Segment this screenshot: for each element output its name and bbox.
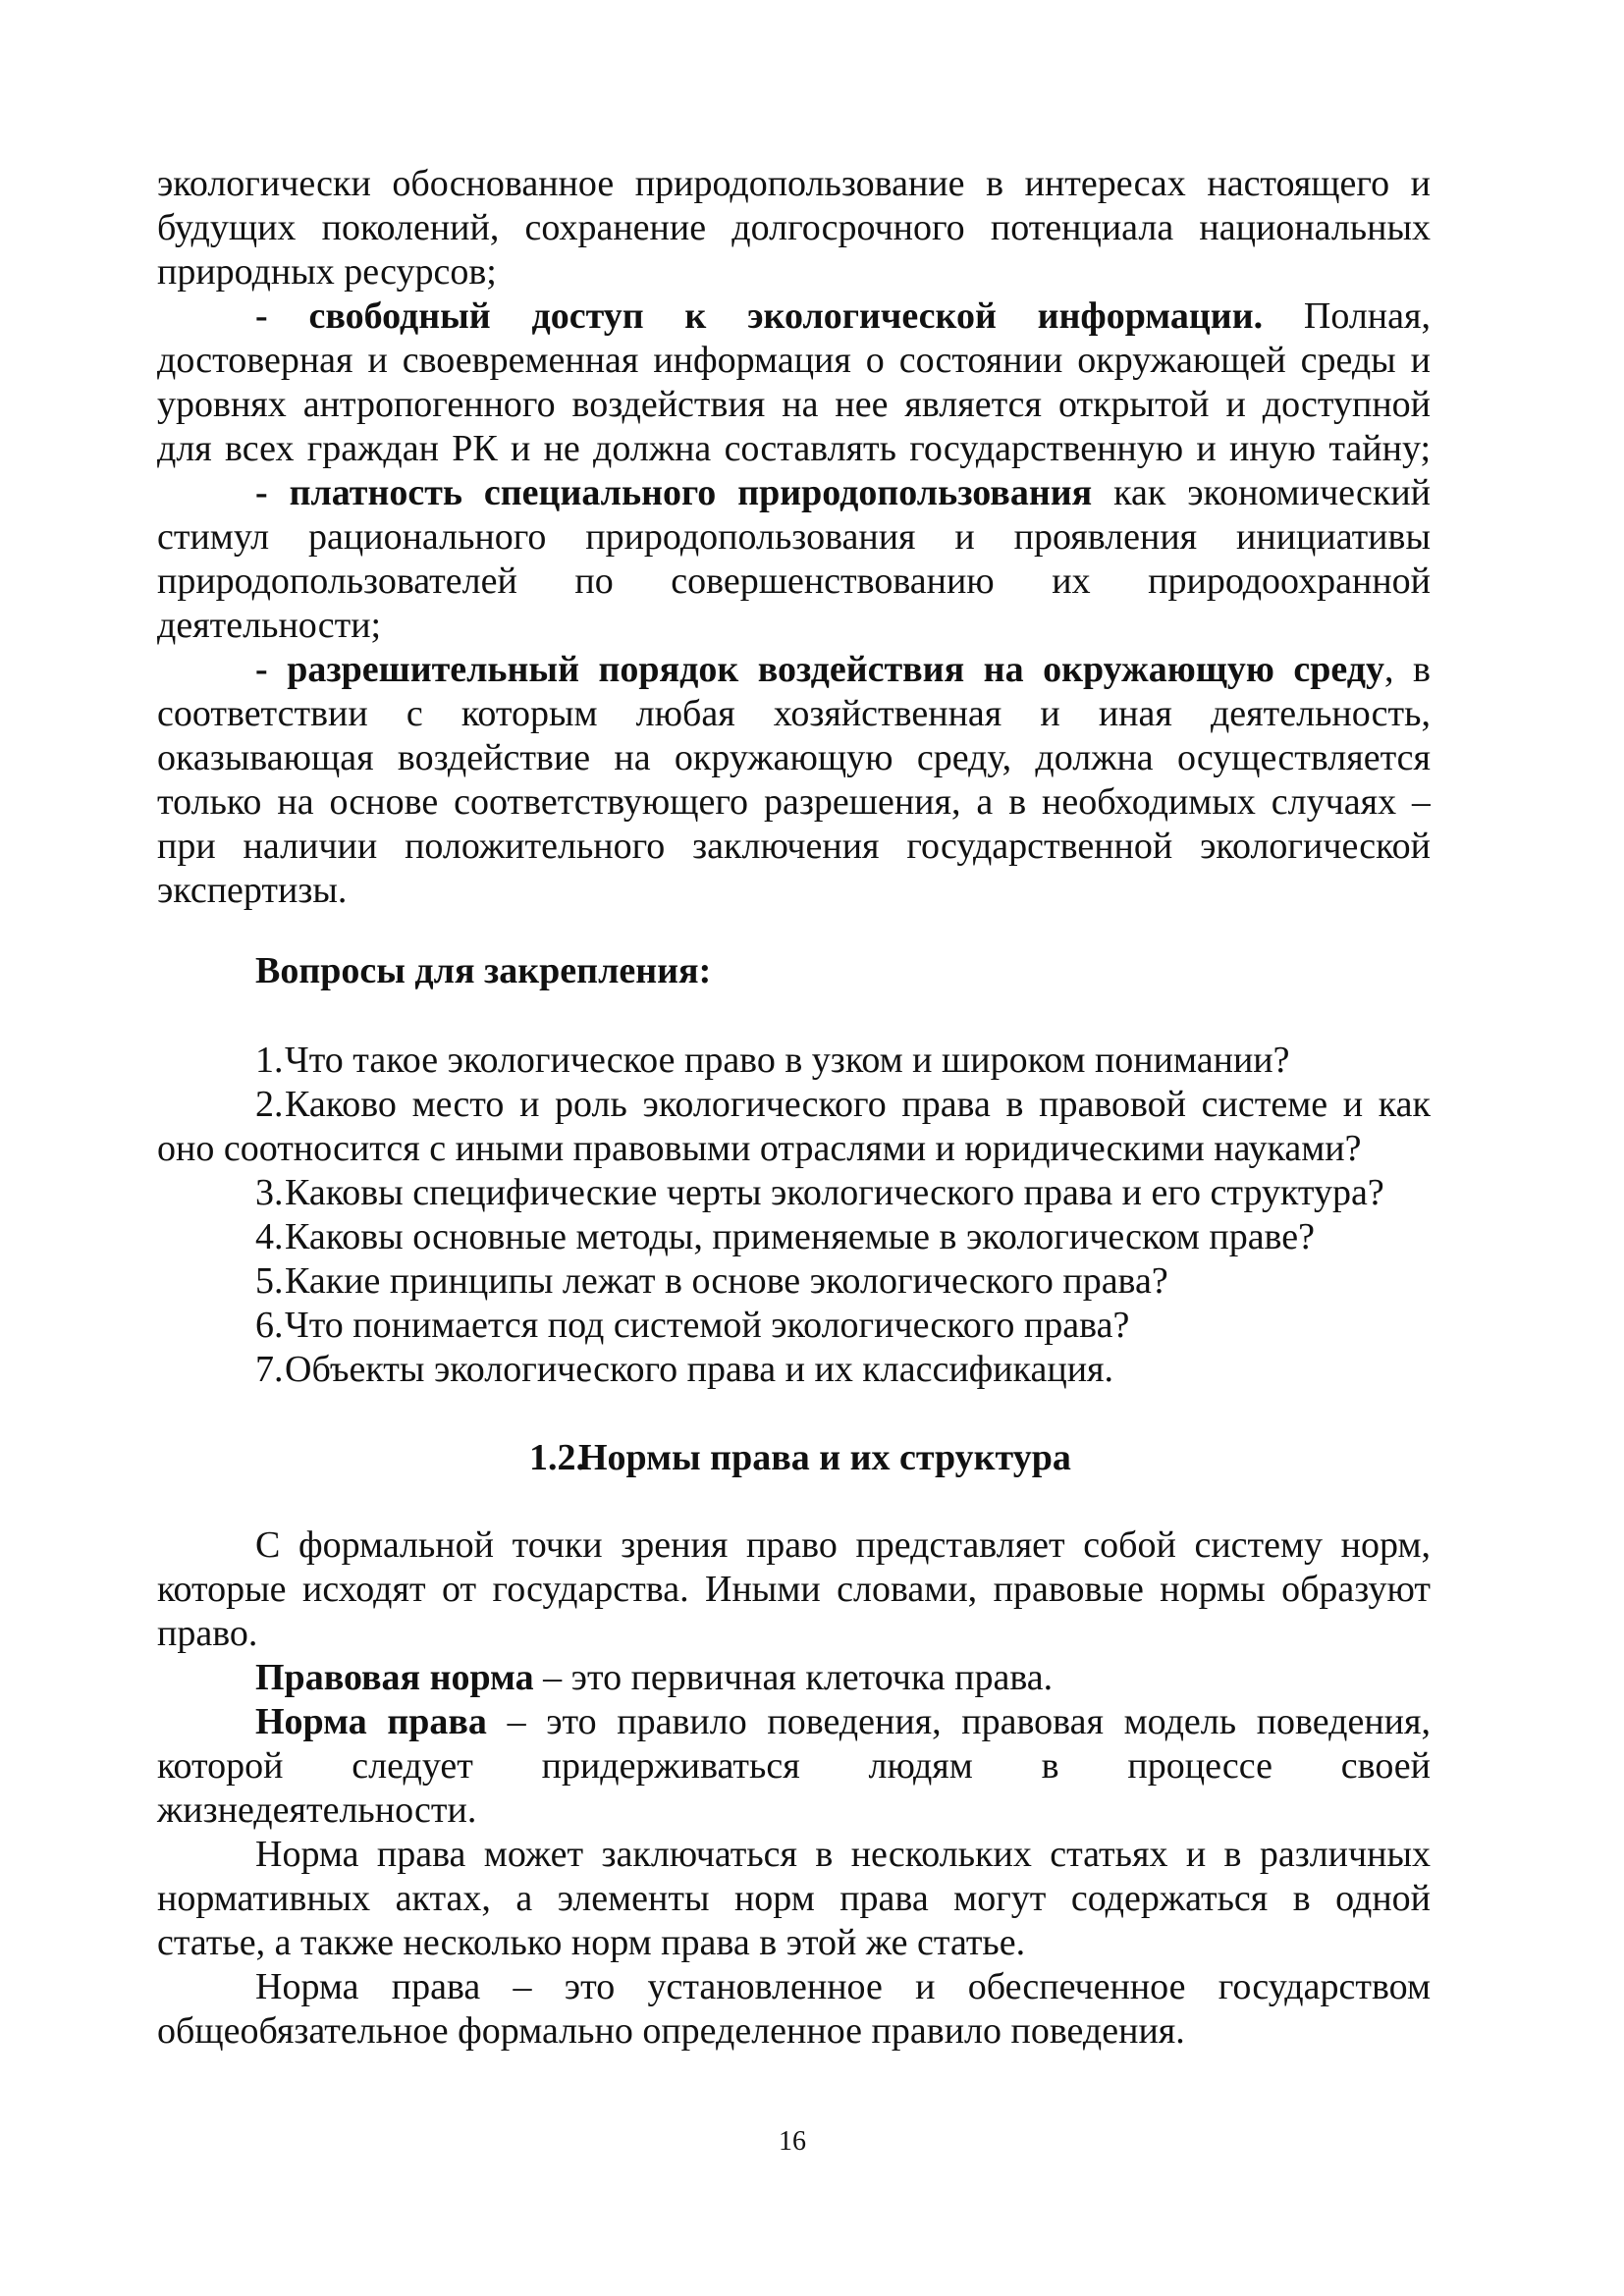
item-number: 7. <box>255 1348 285 1392</box>
item-text: Объекты экологического права и их класси… <box>285 1349 1113 1390</box>
text-line: деятельности; <box>157 604 1431 648</box>
principle-title: - свободный доступ к экологической инфор… <box>255 295 1263 337</box>
item-number: 1. <box>255 1039 285 1083</box>
text-line: право. <box>157 1612 1431 1656</box>
item-number: 5. <box>255 1259 285 1304</box>
principle-title: - разрешительный порядок воздействия на … <box>255 649 1384 690</box>
item-text: Какие принципы лежат в основе экологичес… <box>285 1260 1168 1302</box>
document-page: экологически обоснованное природопользов… <box>0 0 1624 2296</box>
question-item: 2.Каково место и роль экологического пра… <box>255 1083 1431 1127</box>
text-line: экспертизы. <box>157 869 1431 913</box>
text-line: природных ресурсов; <box>157 250 1431 294</box>
item-number: 2. <box>255 1083 285 1127</box>
question-item: 3.Каковы специфические черты экологическ… <box>255 1171 1431 1215</box>
definition-legal-norm: Правовая норма – это первичная клеточка … <box>255 1656 1431 1700</box>
page-number: 16 <box>763 2124 822 2160</box>
questions-heading: Вопросы для закрепления: <box>255 949 1431 993</box>
text-line: Норма права может заключаться в нескольк… <box>255 1833 1431 1877</box>
question-item: 7.Объекты экологического права и их клас… <box>255 1348 1431 1392</box>
text-line: жизнедеятельности. <box>157 1789 1431 1833</box>
text-line: природопользователей по совершенствовани… <box>157 560 1431 604</box>
question-item: 5.Какие принципы лежат в основе экологич… <box>255 1259 1431 1304</box>
text-line: статье, а также несколько норм права в э… <box>157 1921 1431 1965</box>
definition-norm-of-law: Норма права – это правило поведения, пра… <box>255 1700 1431 1744</box>
item-text: Каково место и роль экологического права… <box>285 1084 1431 1125</box>
question-item: 6.Что понимается под системой экологичес… <box>255 1304 1431 1348</box>
text-line: экологически обоснованное природопользов… <box>157 162 1431 206</box>
text-line: общеобязательное формально определенное … <box>157 2009 1431 2054</box>
question-item: 1.Что такое экологическое право в узком … <box>255 1039 1431 1083</box>
text-span: как экономический <box>1092 472 1431 513</box>
item-number: 4. <box>255 1215 285 1259</box>
item-number: 3. <box>255 1171 285 1215</box>
section-number: 1.2. <box>529 1436 578 1480</box>
principle-paid-use: - платность специального природопользова… <box>255 471 1431 515</box>
text-span: Полная, <box>1263 295 1431 337</box>
text-line: соответствии с которым любая хозяйственн… <box>157 692 1431 736</box>
text-line: оказывающая воздействие на окружающую ср… <box>157 736 1431 780</box>
text-line: которой следует придерживаться людям в п… <box>157 1744 1431 1789</box>
text-line: будущих поколений, сохранение долгосрочн… <box>157 206 1431 250</box>
text-line: нормативных актах, а элементы норм права… <box>157 1877 1431 1921</box>
term: Правовая норма <box>255 1657 534 1698</box>
section-title: Нормы права и их структура <box>578 1437 1071 1478</box>
text-line: для всех граждан РК и не должна составля… <box>157 427 1431 471</box>
item-number: 6. <box>255 1304 285 1348</box>
term: Норма права <box>255 1701 487 1742</box>
principle-permit-order: - разрешительный порядок воздействия на … <box>255 648 1431 692</box>
item-text: Каковы специфические черты экологическог… <box>285 1172 1384 1213</box>
text-span: – это правило поведения, правовая модель… <box>487 1701 1431 1742</box>
principle-title: - платность специального природопользова… <box>255 472 1092 513</box>
text-line: Норма права – это установленное и обеспе… <box>255 1965 1431 2009</box>
text-line: достоверная и своевременная информация о… <box>157 339 1431 383</box>
question-item-continuation: оно соотносится с иными правовыми отрасл… <box>157 1127 1431 1171</box>
item-text: Каковы основные методы, применяемые в эк… <box>285 1216 1315 1257</box>
text-line: при наличии положительного заключения го… <box>157 825 1431 869</box>
item-text: Что такое экологическое право в узком и … <box>285 1040 1290 1081</box>
section-heading: 1.2.Нормы права и их структура <box>529 1436 1315 1480</box>
text-line: С формальной точки зрения право представ… <box>255 1523 1431 1568</box>
principle-free-access: - свободный доступ к экологической инфор… <box>255 294 1431 339</box>
text-span: , в <box>1384 649 1431 690</box>
text-line: уровнях антропогенного воздействия на не… <box>157 383 1431 427</box>
text-line: только на основе соответствующего разреш… <box>157 780 1431 825</box>
text-span: – это первичная клеточка права. <box>534 1657 1053 1698</box>
item-text: Что понимается под системой экологическо… <box>285 1305 1129 1346</box>
text-line: стимул рационального природопользования … <box>157 515 1431 560</box>
text-line: которые исходят от государства. Иными сл… <box>157 1568 1431 1612</box>
question-item: 4.Каковы основные методы, применяемые в … <box>255 1215 1431 1259</box>
